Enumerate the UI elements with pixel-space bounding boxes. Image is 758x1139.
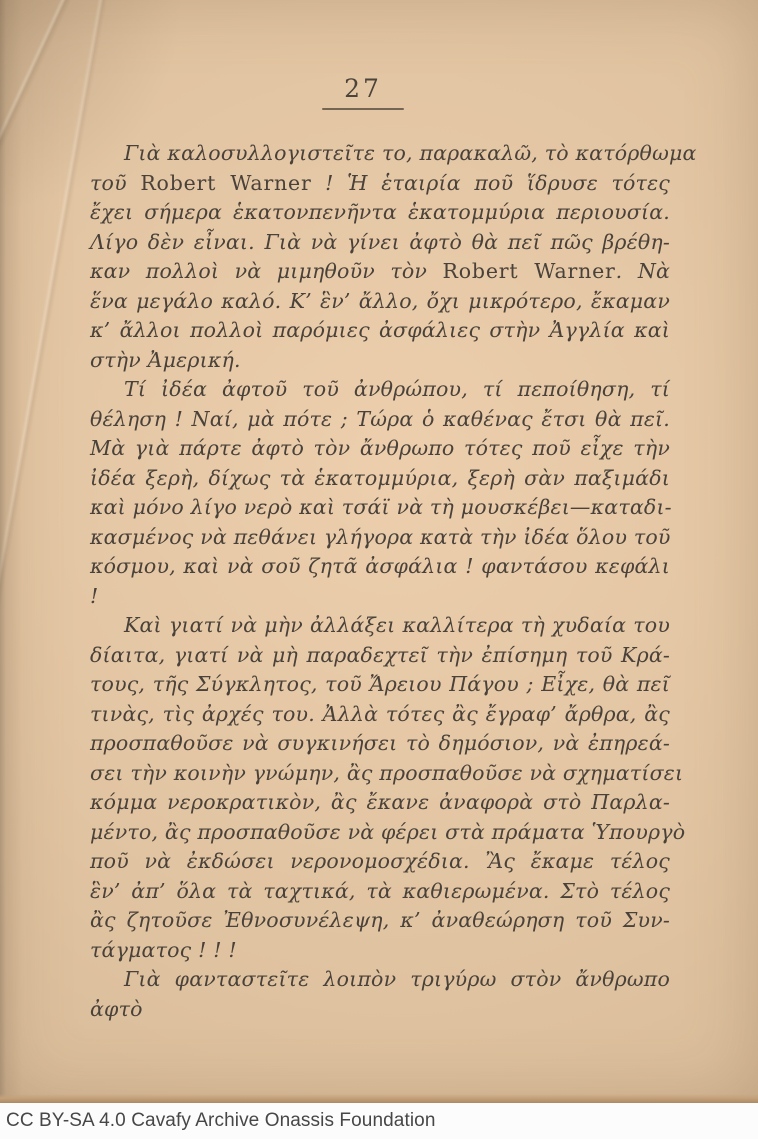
text-line: δίαιτα, γιατί νὰ μὴ παραδεχτεῖ τὴν ἐπίση… [90, 641, 670, 671]
text-line: ποῦ νὰ ἐκδώσει νερονομοσχέδια. Ἂς ἔκαμε … [90, 847, 670, 877]
text-line: κόσμου, καὶ νὰ σοῦ ζητᾶ ἀσφάλια ! φαντάσ… [90, 552, 670, 611]
text-line: στὴν Ἀμερική. [90, 346, 670, 376]
text-line: προσπαθοῦσε νὰ συγκινήσει τὸ δημόσιον, ν… [90, 729, 670, 759]
text-line: ἔχει σήμερα ἑκατονπενῆντα ἑκατομμύρια πε… [90, 198, 670, 228]
text-line: Λίγο δὲν εἶναι. Γιὰ νὰ γίνει ἀφτὸ θὰ πεῖ… [90, 228, 670, 258]
text-line: Καὶ γιατί νὰ μὴν ἀλλάξει καλλίτερα τὴ χυ… [90, 611, 670, 641]
paragraph: Γιὰ καλοσυλλογιστεῖτε το, παρακαλῶ, τὸ κ… [90, 139, 670, 375]
text-line: καν πολλοὶ νὰ μιμηθοῦν τὸν Robert Warner… [90, 257, 670, 287]
text-line: Μὰ γιὰ πάρτε ἀφτὸ τὸν ἄνθρωπο τότες ποῦ … [90, 434, 670, 464]
latin-text: Robert Warner [443, 259, 616, 283]
page-header: 27 [322, 74, 404, 110]
latin-text: Robert Warner [140, 171, 311, 195]
paragraph: Γιὰ φανταστεῖτε λοιπὸν τριγύρω στὸν ἄνθρ… [90, 965, 670, 1024]
text-line: Τί ἰδέα ἀφτοῦ τοῦ ἀνθρώπου, τί πεποίθηση… [90, 375, 670, 405]
text-line: τινὰς, τὶς ἀρχές του. Ἀλλὰ τότες ἂς ἔγρα… [90, 700, 670, 730]
page-number-rule [322, 108, 404, 110]
page-number: 27 [322, 74, 404, 103]
book-edge-shadow [0, 1094, 758, 1103]
text-line: ἕνα μεγάλο καλό. Κ’ ἓν’ ἄλλο, ὄχι μικρότ… [90, 287, 670, 317]
text-line: ἓν’ ἀπ’ ὅλα τὰ ταχτικά, τὰ καθιερωμένα. … [90, 877, 670, 907]
license-text: CC BY-SA 4.0 Cavafy Archive Onassis Foun… [6, 1110, 436, 1132]
text-line: ἰδέα ξερὴ, δίχως τὰ ἑκατομμύρια, ξερὴ σὰ… [90, 464, 670, 494]
page-text: Γιὰ καλοσυλλογιστεῖτε το, παρακαλῶ, τὸ κ… [90, 139, 670, 1024]
text-line: κόμμα νεροκρατικὸν, ἂς ἔκανε ἀναφορὰ στὸ… [90, 788, 670, 818]
license-bar: CC BY-SA 4.0 Cavafy Archive Onassis Foun… [0, 1103, 758, 1139]
text-line: Γιὰ καλοσυλλογιστεῖτε το, παρακαλῶ, τὸ κ… [90, 139, 670, 169]
text-line: τους, τῆς Σύγκλητος, τοῦ Ἄρειου Πάγου ; … [90, 670, 670, 700]
text-line: σει τὴν κοινὴν γνώμην, ἂς προσπαθοῦσε νὰ… [90, 759, 670, 789]
paper-background: 27 Γιὰ καλοσυλλογιστεῖτε το, παρακαλῶ, τ… [0, 0, 758, 1103]
text-line: θέληση ! Ναί, μὰ πότε ; Τώρα ὁ καθένας ἔ… [90, 405, 670, 435]
text-line: τάγματος ! ! ! [90, 936, 670, 966]
text-line: κ’ ἄλλοι πολλοὶ παρόμιες ἀσφάλιες στὴν Ἀ… [90, 316, 670, 346]
text-line: καὶ μόνο λίγο νερὸ καὶ τσάϊ νὰ τὴ μουσκέ… [90, 493, 670, 523]
text-line: ἂς ζητοῦσε Ἐθνοσυνέλεψη, κ’ ἀναθεώρηση τ… [90, 906, 670, 936]
text-line: τοῦ Robert Warner ! Ἡ ἑταιρία ποῦ ἵδρυσε… [90, 169, 670, 199]
scanned-book-page: 27 Γιὰ καλοσυλλογιστεῖτε το, παρακαλῶ, τ… [0, 0, 758, 1139]
paragraph: Τί ἰδέα ἀφτοῦ τοῦ ἀνθρώπου, τί πεποίθηση… [90, 375, 670, 611]
text-line: κασμένος νὰ πεθάνει γλήγορα κατὰ τὴν ἰδέ… [90, 523, 670, 553]
text-line: Γιὰ φανταστεῖτε λοιπὸν τριγύρω στὸν ἄνθρ… [90, 965, 670, 1024]
text-line: μέντο, ἂς προσπαθοῦσε νὰ φέρει στὰ πράμα… [90, 818, 670, 848]
paragraph: Καὶ γιατί νὰ μὴν ἀλλάξει καλλίτερα τὴ χυ… [90, 611, 670, 965]
